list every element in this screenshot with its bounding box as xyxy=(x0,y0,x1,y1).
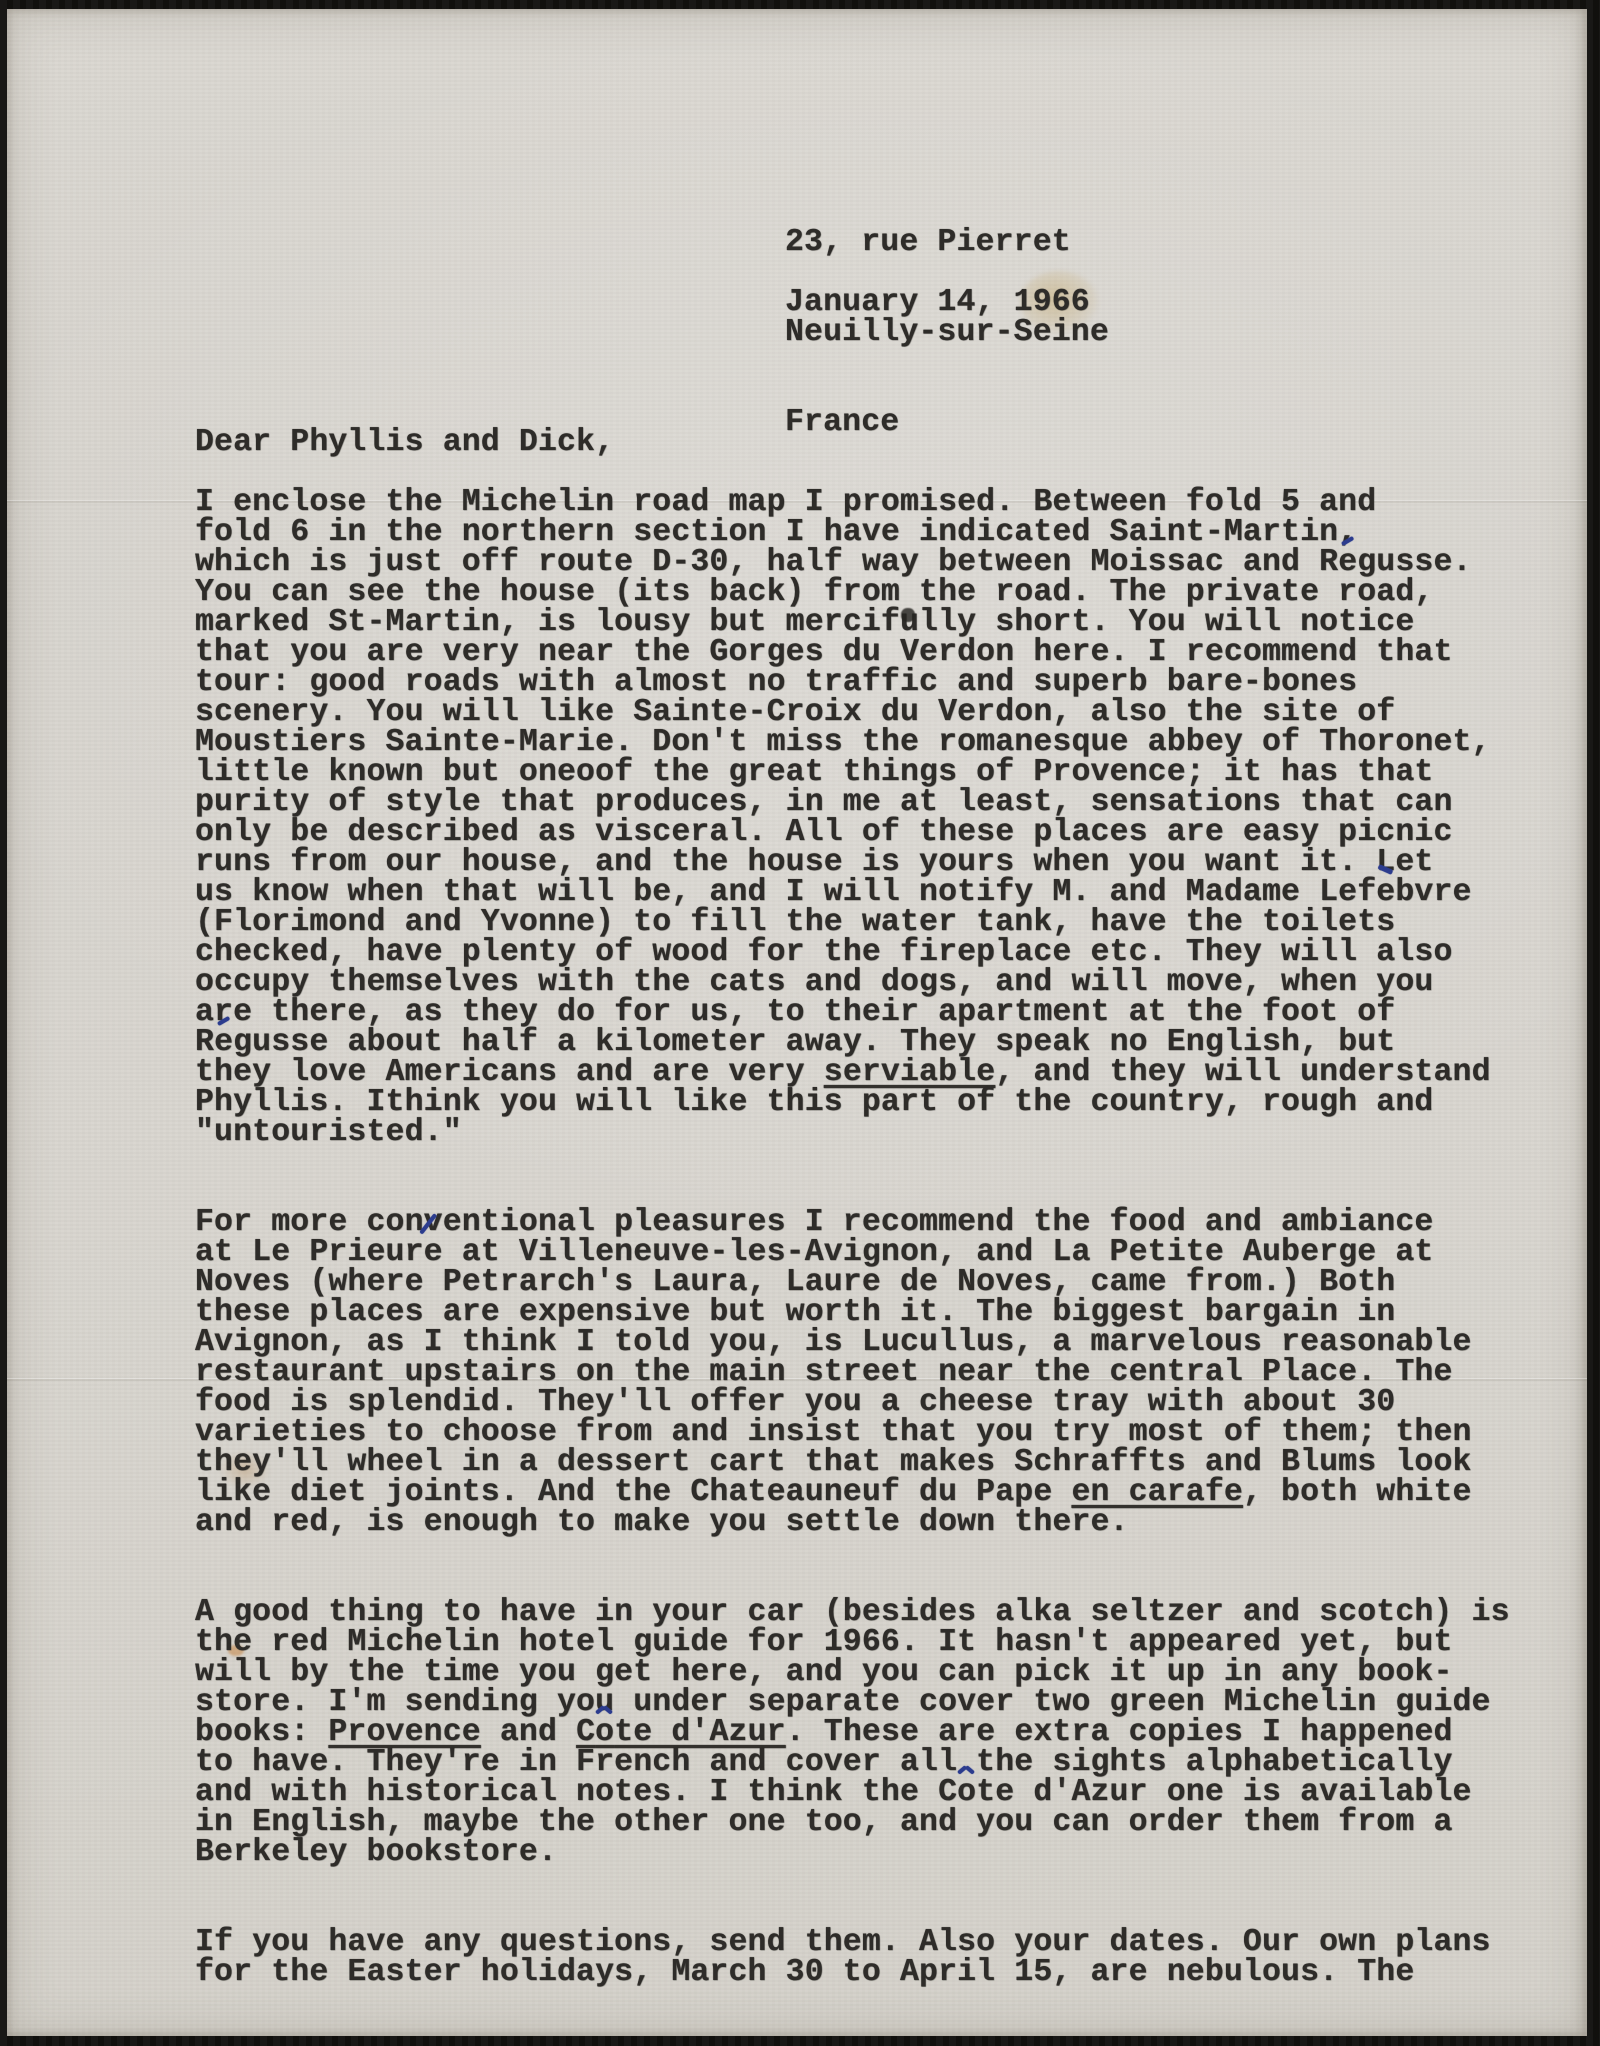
blue-accent-acute: e xyxy=(214,1025,233,1060)
letter-line: "untouristed." xyxy=(195,1118,1535,1148)
letter-line: Avignon, as I think I told you, is Lucul… xyxy=(195,1328,1535,1358)
letter-line: little known but oneoof the great things… xyxy=(195,758,1535,788)
paragraph: I enclose the Michelin road map I promis… xyxy=(195,488,1535,1148)
blue-accent-acute: e xyxy=(424,1235,443,1270)
blue-accent-acute: e xyxy=(1338,545,1357,580)
paragraph: For more conventional pleasures I recomm… xyxy=(195,1208,1535,1538)
letter-line: they love Americans and are very serviab… xyxy=(195,1058,1535,1088)
address-line: 23, rue Pierret xyxy=(785,228,1109,258)
letter-line: Phyllis. Ithink you will like this part … xyxy=(195,1088,1535,1118)
letter-line: and with historical notes. I think the C… xyxy=(195,1778,1535,1808)
letter-line: Noves (where Petrarch's Laura, Laure de … xyxy=(195,1268,1535,1298)
overstrike-correction: u xyxy=(900,605,919,640)
letter-line: these places are expensive but worth it.… xyxy=(195,1298,1535,1328)
letter-line: that you are very near the Gorges du Ver… xyxy=(195,638,1535,668)
paragraph: If you have any questions, send them. Al… xyxy=(195,1928,1535,1988)
letter-line: varieties to choose from and insist that… xyxy=(195,1418,1535,1448)
letter-line: occupy themselves with the cats and dogs… xyxy=(195,968,1535,998)
scanned-letter-photo: 23, rue Pierret Neuilly-sur-Seine France… xyxy=(0,0,1600,2046)
letter-line: checked, have plenty of wood for the fir… xyxy=(195,938,1535,968)
letter-line: books: Provence and Cote d'Azur. These a… xyxy=(195,1718,1535,1748)
letter-line: Berkeley bookstore. xyxy=(195,1838,1535,1868)
letter-line: in English, maybe the other one too, and… xyxy=(195,1808,1535,1838)
letter-line: the red Michelin hotel guide for 1966. I… xyxy=(195,1628,1535,1658)
letter-line: You can see the house (its back) from th… xyxy=(195,578,1535,608)
letter-line: like diet joints. And the Chateauneuf du… xyxy=(195,1478,1535,1508)
letter-line: (Florimond and Yvonne) to fill the water… xyxy=(195,908,1535,938)
letter-line: marked St-Martin, is lousy but mercifull… xyxy=(195,608,1535,638)
letter-line: scenery. You will like Sainte-Croix du V… xyxy=(195,698,1535,728)
blue-accent-circumflex: o xyxy=(595,1715,614,1750)
letter-line: For more conventional pleasures I recomm… xyxy=(195,1208,1535,1238)
letter-line: and red, is enough to make you settle do… xyxy=(195,1508,1535,1538)
letter-line: to have. They're in French and cover all… xyxy=(195,1748,1535,1778)
letter-line: only be described as visceral. All of th… xyxy=(195,818,1535,848)
date-line: January 14, 1966 xyxy=(785,288,1090,318)
letter-line: us know when that will be, and I will no… xyxy=(195,878,1535,908)
letter-line: for the Easter holidays, March 30 to Apr… xyxy=(195,1958,1535,1988)
letter-line: fold 6 in the northern section I have in… xyxy=(195,518,1535,548)
letter-line: are there, as they do for us, to their a… xyxy=(195,998,1535,1028)
letter-line: food is splendid. They'll offer you a ch… xyxy=(195,1388,1535,1418)
letter-line: A good thing to have in your car (beside… xyxy=(195,1598,1535,1628)
blue-accent-grave: e xyxy=(1376,875,1395,910)
blue-accent-circumflex: o xyxy=(957,1775,976,1810)
letter-line: store. I'm sending you under separate co… xyxy=(195,1688,1535,1718)
salutation: Dear Phyllis and Dick, xyxy=(195,428,614,458)
letter-line: will by the time you get here, and you c… xyxy=(195,1658,1535,1688)
paragraph: A good thing to have in your car (beside… xyxy=(195,1598,1535,1868)
letter-line: I enclose the Michelin road map I promis… xyxy=(195,488,1535,518)
letter-line: runs from our house, and the house is yo… xyxy=(195,848,1535,878)
address-line: France xyxy=(785,408,1109,438)
letter-line: they'll wheel in a dessert cart that mak… xyxy=(195,1448,1535,1478)
letter-body: I enclose the Michelin road map I promis… xyxy=(195,488,1535,2046)
letter-line: tour: good roads with almost no traffic … xyxy=(195,668,1535,698)
letter-line: If you have any questions, send them. Al… xyxy=(195,1928,1535,1958)
letter-line: at Le Prieure at Villeneuve-les-Avignon,… xyxy=(195,1238,1535,1268)
address-line: Neuilly-sur-Seine xyxy=(785,318,1109,348)
sender-address: 23, rue Pierret Neuilly-sur-Seine France xyxy=(785,168,1109,498)
letter-line: which is just off route D-30, half way b… xyxy=(195,548,1535,578)
letter-line: Regusse about half a kilometer away. The… xyxy=(195,1028,1535,1058)
letter-line: Moustiers Sainte-Marie. Don't miss the r… xyxy=(195,728,1535,758)
letter-line: restaurant upstairs on the main street n… xyxy=(195,1358,1535,1388)
letter-line: purity of style that produces, in me at … xyxy=(195,788,1535,818)
